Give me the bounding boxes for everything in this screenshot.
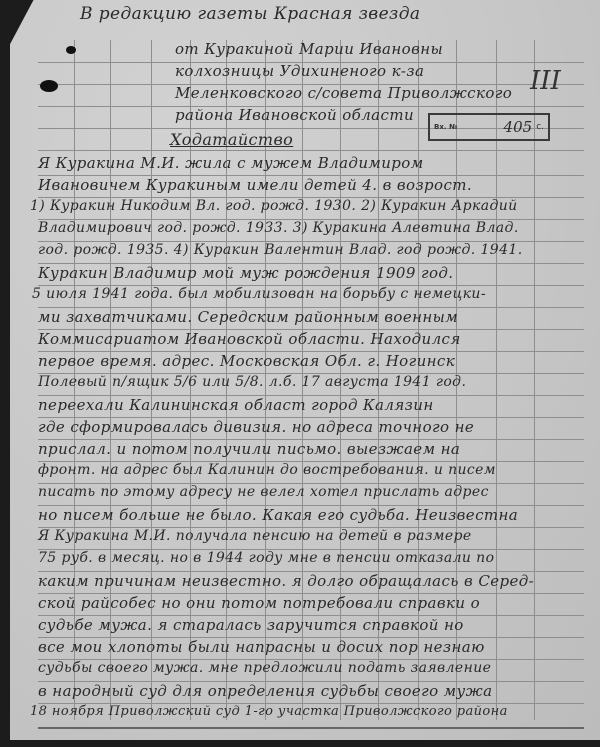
- body-line: в народный суд для определения судьбы св…: [38, 682, 492, 700]
- ruled-column: [534, 40, 535, 720]
- paper-damage: [66, 46, 76, 54]
- body-line: Ивановичем Куракиным имели детей 4. в во…: [38, 176, 472, 194]
- body-line: Коммисариатом Ивановской области. Находи…: [38, 330, 461, 348]
- body-line: судьбе мужа. я старалась заручится справ…: [38, 616, 464, 634]
- punch-hole: [40, 80, 58, 92]
- scan-frame: В редакцию газеты Красная звезда от Кура…: [0, 0, 600, 747]
- body-line: год. рожд. 1935. 4) Куракин Валентин Вла…: [38, 242, 523, 258]
- margin-mark: III: [530, 66, 561, 96]
- body-line: первое время. адрес. Московская Обл. г. …: [38, 352, 455, 370]
- body-line: Я Куракина М.И. получала пенсию на детей…: [38, 528, 472, 544]
- body-line: писать по этому адресу не велел хотел пр…: [38, 484, 489, 500]
- body-line: Куракин Владимир мой муж рождения 1909 г…: [38, 264, 453, 282]
- incoming-stamp: Вх. № 405 с.: [428, 113, 550, 141]
- sender-line: колхозницы Удихиненого к-за: [175, 62, 424, 80]
- body-line: переехали Калининская област город Каляз…: [38, 396, 434, 414]
- addressee: В редакцию газеты Красная звезда: [80, 4, 420, 24]
- body-line: 1) Куракин Никодим Вл. год. рожд. 1930. …: [30, 198, 518, 214]
- ruled-column: [496, 40, 497, 720]
- body-line: каким причинам неизвестно. я долго обращ…: [38, 572, 534, 590]
- body-line: 18 ноября Приволжский суд 1-го участка П…: [30, 704, 508, 719]
- body-line: прислал. и потом получили письмо. выезжа…: [38, 440, 460, 458]
- body-line: все мои хлопоты были напрасны и досих по…: [38, 638, 485, 656]
- document-title: Ходатайство: [170, 130, 293, 149]
- body-line: 5 июля 1941 года. был мобилизован на бор…: [32, 286, 486, 302]
- stamp-label: Вх. №: [430, 123, 457, 131]
- body-line: 75 руб. в месяц. но в 1944 году мне в пе…: [38, 550, 494, 566]
- body-line: ской райсобес но они потом потребовали с…: [38, 594, 480, 612]
- body-line: Я Куракина М.И. жила с мужем Владимиром: [38, 154, 424, 172]
- body-line: Владимирович год. рожд. 1933. 3) Куракин…: [38, 220, 519, 236]
- stamp-suffix: с.: [536, 122, 544, 132]
- ruled-line: [38, 150, 584, 151]
- body-line: где сформировалась дивизия. но адреса то…: [38, 418, 474, 436]
- sender-line: района Ивановской области: [175, 106, 414, 124]
- document-page: В редакцию газеты Красная звезда от Кура…: [10, 0, 600, 740]
- ruled-line-bottom: [38, 727, 584, 729]
- body-line: фронт. на адрес был Калинин до востребов…: [38, 462, 496, 478]
- body-line: судьбы своего мужа. мне предложили подат…: [38, 660, 491, 676]
- body-line: но писем больше не было. Какая его судьб…: [38, 506, 518, 524]
- body-line: Полевый п/ящик 5/6 или 5/8. л.б. 17 авгу…: [38, 374, 466, 390]
- sender-line: от Куракиной Марии Ивановны: [175, 40, 443, 58]
- body-line: ми захватчиками. Середским районным воен…: [38, 308, 458, 326]
- stamp-number: 405: [504, 118, 533, 136]
- sender-line: Меленковского с/совета Приволжского: [175, 84, 512, 102]
